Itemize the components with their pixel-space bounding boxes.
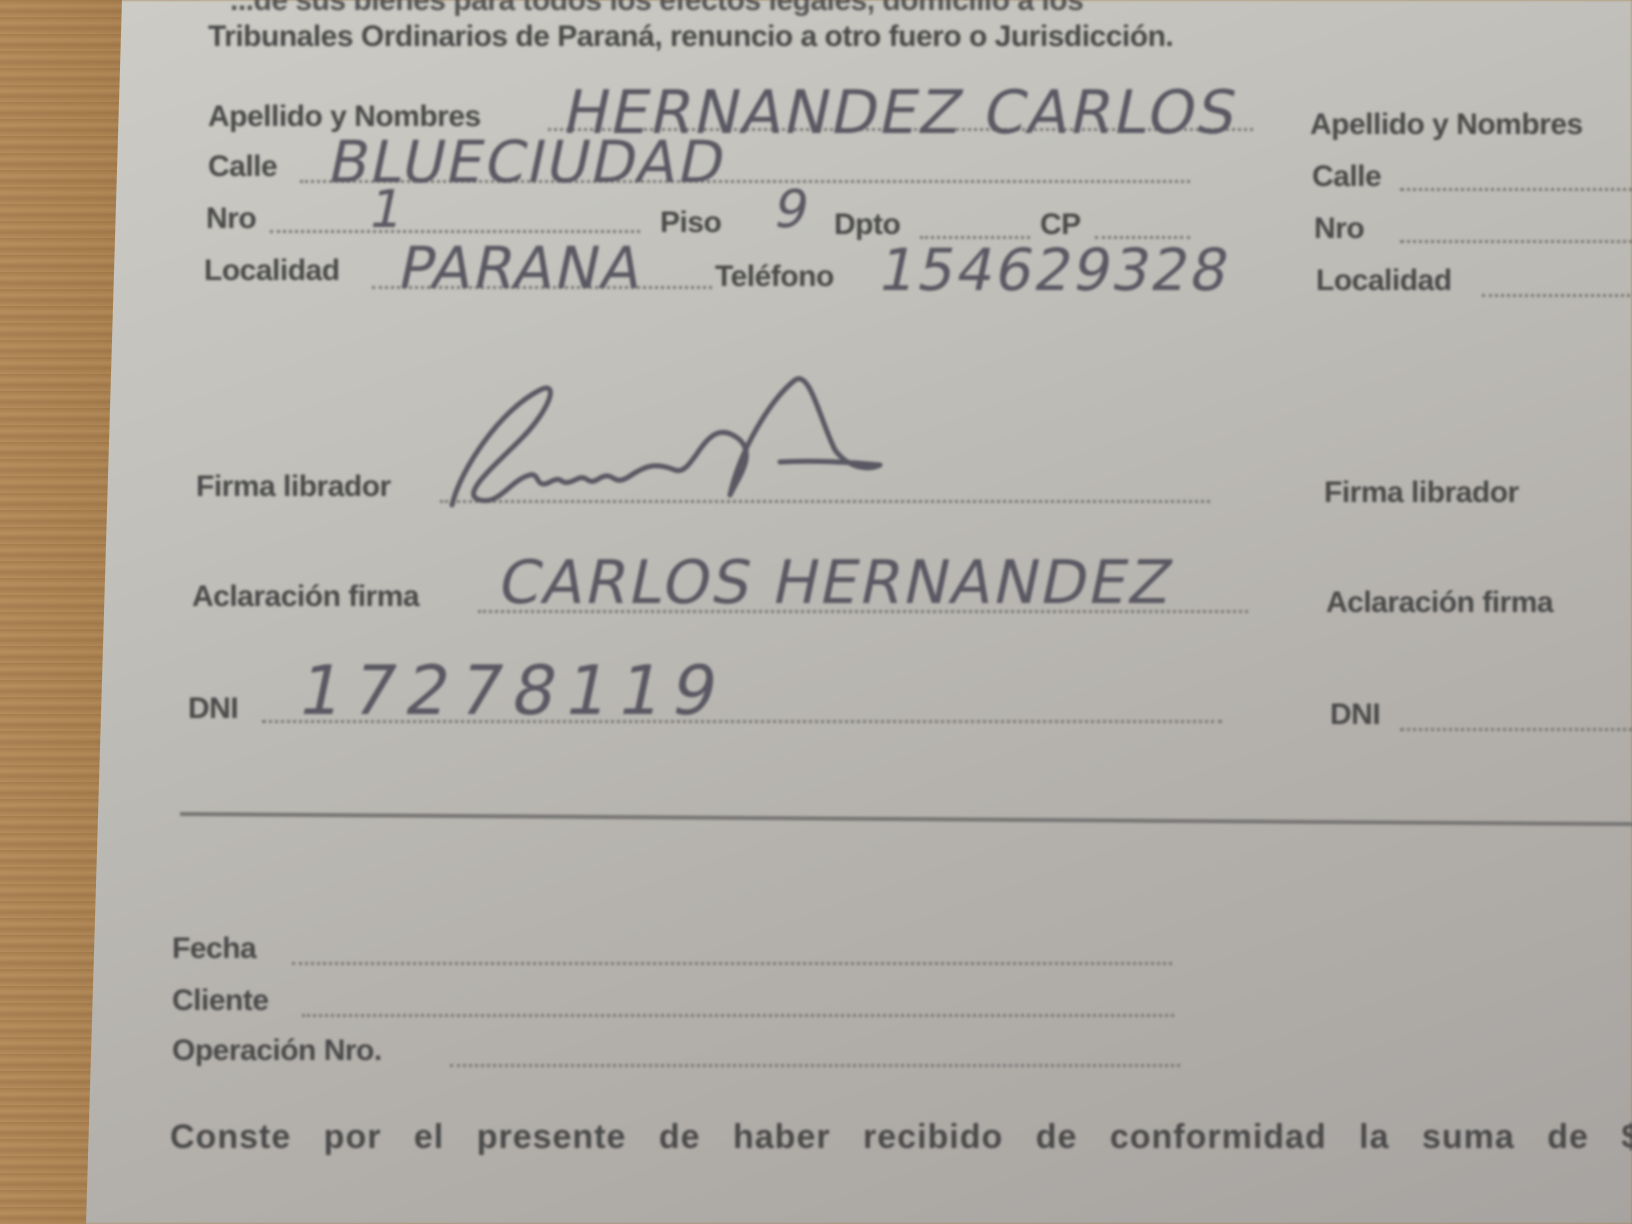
fecha-label: Fecha: [172, 932, 256, 966]
fecha-line[interactable]: [292, 962, 1172, 965]
cliente-label: Cliente: [172, 984, 269, 1018]
closing-text: Conste por el presente de haber recibido…: [170, 1118, 1632, 1157]
right-nro-label: Nro: [1314, 212, 1364, 246]
signature-drawing: [440, 370, 900, 520]
right-firma-label: Firma librador: [1324, 476, 1519, 510]
dni-label: DNI: [188, 692, 238, 726]
localidad-label: Localidad: [204, 254, 340, 288]
right-dni-label: DNI: [1330, 698, 1380, 732]
closing-text-next-line: [170, 1170, 180, 1209]
header-partial-line: ...de sus bienes para todos los efectos …: [230, 0, 1083, 18]
telefono-value[interactable]: 154629328: [873, 236, 1238, 304]
dni-value[interactable]: 17278119: [292, 652, 735, 731]
calle-label: Calle: [208, 150, 277, 184]
telefono-label: Teléfono: [715, 260, 834, 294]
right-dni-line: [1400, 728, 1632, 731]
nro-label: Nro: [206, 202, 256, 236]
operacion-line[interactable]: [450, 1064, 1180, 1067]
firma-label: Firma librador: [196, 470, 391, 504]
right-calle-label: Calle: [1312, 160, 1381, 194]
header-line: Tribunales Ordinarios de Paraná, renunci…: [208, 20, 1173, 54]
cliente-line[interactable]: [302, 1014, 1174, 1017]
nro-line: [270, 230, 640, 233]
operacion-label: Operación Nro.: [172, 1034, 382, 1068]
aclaracion-label: Aclaración firma: [192, 580, 419, 614]
form-paper: ...de sus bienes para todos los efectos …: [0, 0, 1632, 1224]
piso-label: Piso: [660, 206, 721, 240]
piso-value[interactable]: 9: [769, 180, 817, 240]
localidad-value[interactable]: PARANA: [393, 234, 651, 302]
right-nro-line: [1400, 240, 1632, 243]
right-localidad-label: Localidad: [1316, 264, 1452, 298]
right-localidad-line: [1482, 294, 1632, 297]
right-aclaracion-label: Aclaración firma: [1326, 586, 1553, 620]
right-apellido-label: Apellido y Nombres: [1310, 108, 1583, 142]
aclaracion-value[interactable]: CARLOS HERNANDEZ: [493, 548, 1181, 618]
section-separator: [180, 812, 1632, 826]
right-calle-line: [1400, 188, 1632, 191]
